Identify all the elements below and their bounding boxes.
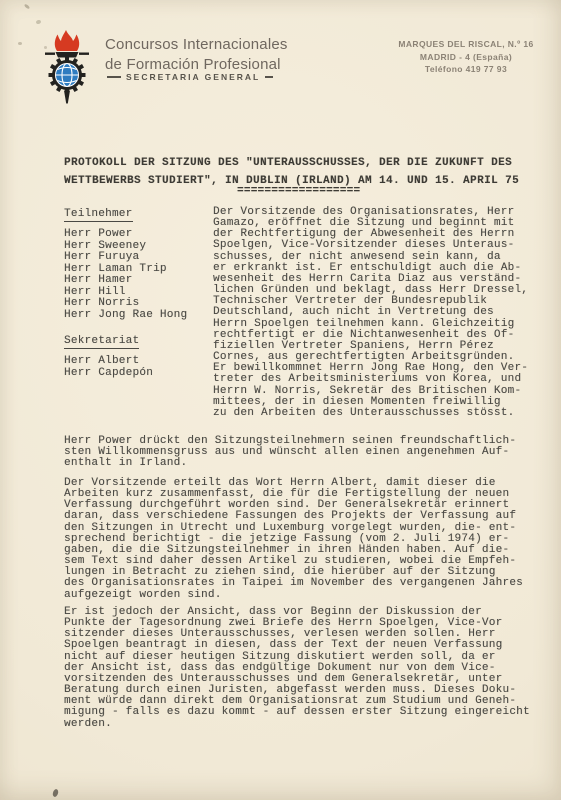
address-line2: MADRID - 4 (España)	[388, 51, 544, 64]
flame-shape	[55, 30, 79, 51]
secretariat-name: Herr Capdepón	[64, 368, 187, 380]
letterhead-address: MARQUES DEL RISCAL, N.º 16 MADRID - 4 (E…	[388, 38, 544, 76]
organization-name-line1: Concursos Internacionales	[105, 35, 288, 55]
department-label: SECRETARIA GENERAL	[107, 72, 273, 82]
secretariat-name: Herr Albert	[64, 356, 187, 368]
participant-name: Herr Norris	[64, 298, 187, 310]
department-label-text: SECRETARIA GENERAL	[126, 72, 260, 82]
participant-name: Herr Power	[64, 229, 187, 241]
participant-name: Herr Hamer	[64, 275, 187, 287]
secretariat-heading: Sekretariat	[64, 335, 139, 349]
participants-column: Teilnehmer Herr Power Herr Sweeney Herr …	[64, 208, 187, 379]
rule-left	[107, 76, 121, 78]
participants-heading: Teilnehmer	[64, 208, 133, 222]
organization-name: Concursos Internacionales de Formación P…	[105, 35, 288, 75]
title-underline: ==================	[237, 185, 360, 197]
opening-paragraph: Der Vorsitzende des Organisationsrates, …	[213, 207, 548, 419]
paragraph-spoelgen-letters: Er ist jedoch der Ansicht, dass vor Begi…	[64, 607, 542, 730]
participant-name: Herr Furuya	[64, 252, 187, 264]
paragraph-welcome: Herr Power drückt den Sitzungsteilnehmer…	[64, 436, 542, 469]
rule-right	[265, 76, 273, 78]
address-line1: MARQUES DEL RISCAL, N.º 16	[388, 38, 544, 51]
staple-mark	[24, 3, 31, 9]
torch-gear-globe-logo-icon	[36, 30, 98, 106]
staple-mark	[18, 42, 22, 45]
staple-mark	[36, 19, 42, 24]
scanned-document-page: Concursos Internacionales de Formación P…	[0, 0, 561, 800]
participant-name: Herr Jong Rae Hong	[64, 310, 187, 322]
address-line3: Teléfono 419 77 93	[388, 63, 544, 76]
punch-hole-mark	[52, 788, 59, 797]
paragraph-constitution-summary: Der Vorsitzende erteilt das Wort Herrn A…	[64, 478, 542, 601]
globe-shape	[56, 64, 79, 87]
